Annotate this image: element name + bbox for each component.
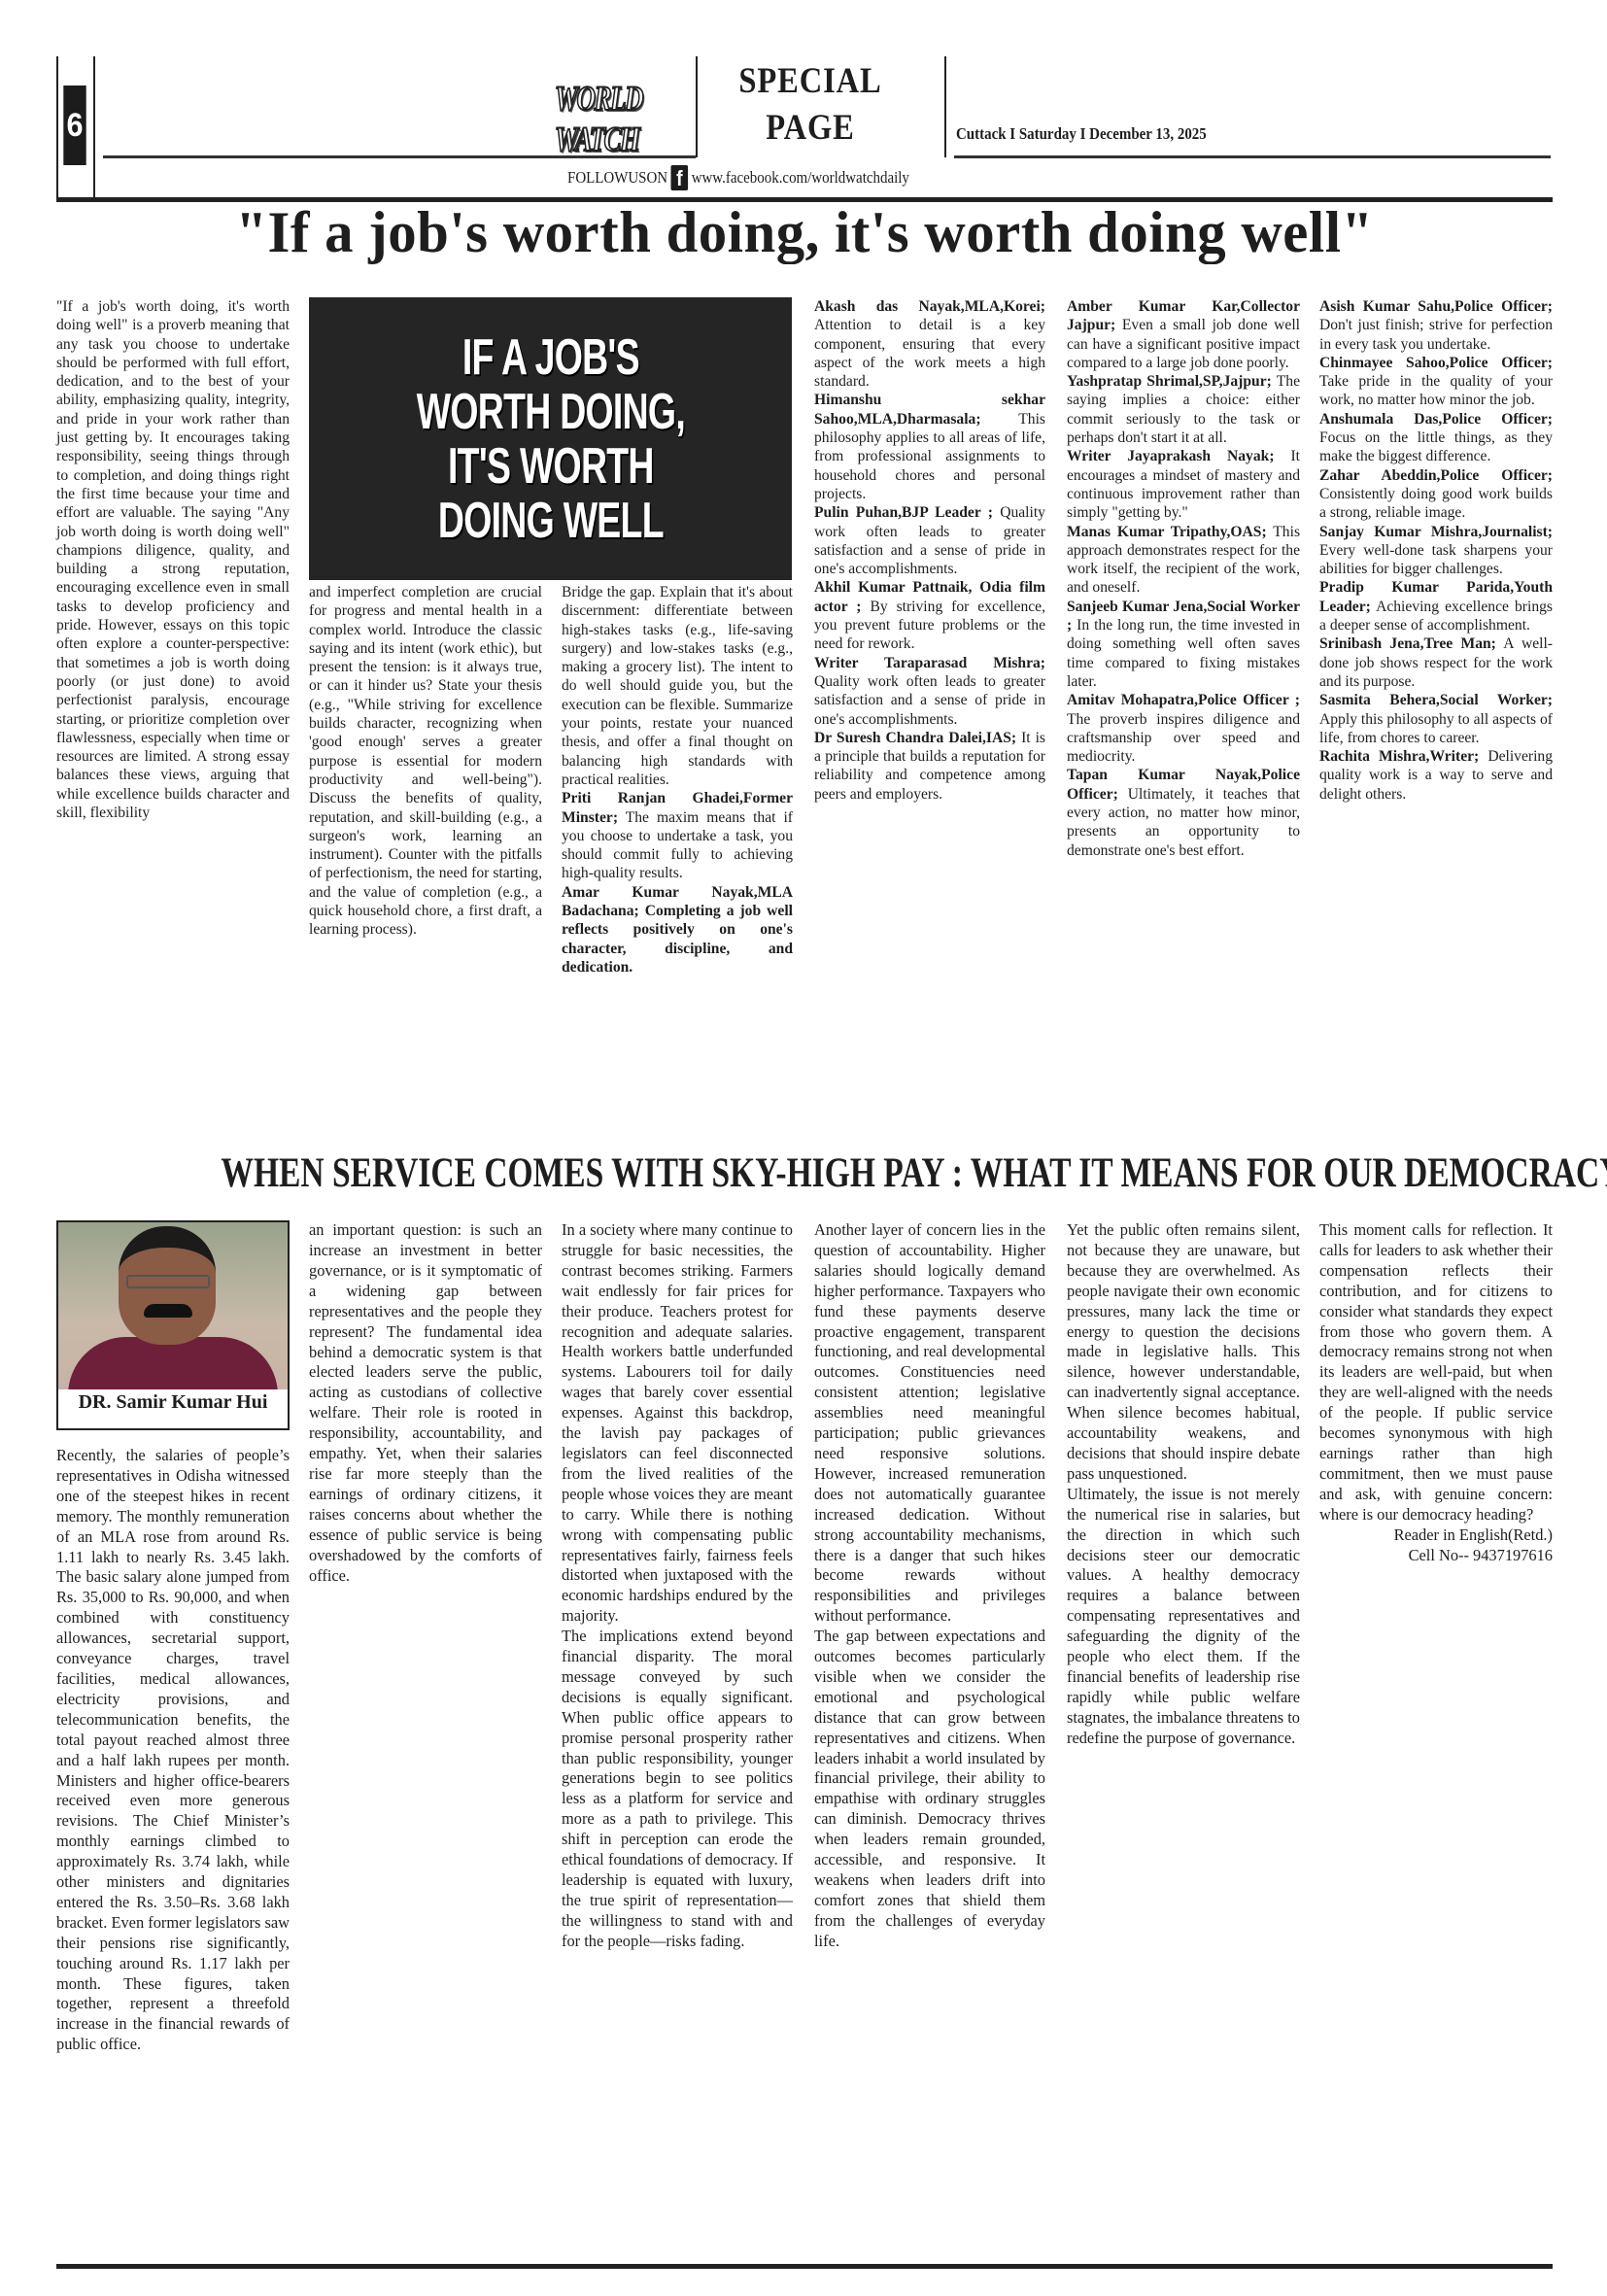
author-phone: Cell No-- 9437197616 bbox=[1319, 1546, 1553, 1566]
proverb-image-text: IF A JOB'S WORTH DOING, IT'S WORTH DOING… bbox=[416, 330, 684, 548]
top-article-column-3: Bridge the gap. Explain that it's about … bbox=[562, 583, 793, 977]
section-label-line1: SPECIAL bbox=[725, 58, 896, 105]
opinion-column-2: Recently, the salaries of people’s repre… bbox=[309, 1220, 542, 2262]
quote-item: Amber Kumar Kar,Collector Jajpur; Even a… bbox=[1067, 297, 1300, 372]
newspaper-logo: WORLD WATCH bbox=[555, 84, 686, 154]
opinion-paragraph: This moment calls for reflection. It cal… bbox=[1319, 1220, 1553, 1525]
section-divider bbox=[944, 56, 946, 157]
opinion-paragraph: Recently, the salaries of people’s repre… bbox=[56, 1446, 290, 2055]
quote-text: In the long run, the time invested in do… bbox=[1067, 617, 1300, 690]
dateline: Cuttack I Saturday I December 13, 2025 bbox=[956, 124, 1207, 144]
author-shirt bbox=[68, 1337, 278, 1389]
top-article-column-6: Asish Kumar Sahu,Police Officer; Don't j… bbox=[1319, 297, 1553, 804]
quote-item: Writer Jayaprakash Nayak; It encourages … bbox=[1067, 447, 1300, 522]
quote-item: Rachita Mishra,Writer; Delivering qualit… bbox=[1319, 747, 1553, 804]
quote-item: Asish Kumar Sahu,Police Officer; Don't j… bbox=[1319, 297, 1553, 354]
author-glasses bbox=[126, 1275, 210, 1288]
quote-author: Akash das Nayak,MLA,Korei; bbox=[814, 298, 1045, 315]
page-number: 6 bbox=[63, 86, 85, 165]
masthead-left-border bbox=[56, 56, 58, 200]
quote-author: Dr Suresh Chandra Dalei,IAS; bbox=[814, 730, 1016, 746]
opinion-column-1: Recently, the salaries of people’s repre… bbox=[56, 1446, 290, 2262]
facebook-link[interactable]: www.facebook.com/worldwatchdaily bbox=[692, 168, 909, 188]
quote-item: Yashpratap Shrimal,SP,Jajpur; The saying… bbox=[1067, 372, 1300, 447]
author-photo-box: DR. Samir Kumar Hui bbox=[56, 1220, 290, 1430]
opinion-column-4: Another layer of concern lies in the que… bbox=[814, 1220, 1045, 2262]
essay-conclusion: Bridge the gap. Explain that it's about … bbox=[562, 583, 793, 789]
quote-text: Take pride in the quality of your work, … bbox=[1319, 373, 1553, 408]
quote-item: Priti Ranjan Ghadei,Former Minster; The … bbox=[562, 789, 793, 882]
quote-text: Consistently doing good work builds a st… bbox=[1319, 486, 1553, 521]
follow-label: FOLLOWUSON bbox=[567, 168, 667, 188]
quote-author: Amitav Mohapatra,Police Officer ; bbox=[1067, 692, 1300, 708]
opinion-headline: WHEN SERVICE COMES WITH SKY-HIGH PAY : W… bbox=[221, 1149, 1387, 1197]
quote-text: Apply this philosophy to all aspects of … bbox=[1319, 711, 1553, 746]
dateline-underline bbox=[954, 155, 1551, 158]
opinion-paragraph: Ultimately, the issue is not merely the … bbox=[1067, 1485, 1300, 1749]
quote-item: Sanjeeb Kumar Jena,Social Worker ; In th… bbox=[1067, 598, 1300, 691]
opinion-paragraph: Yet the public often remains silent, not… bbox=[1067, 1220, 1300, 1485]
quote-text: Focus on the little things, as they make… bbox=[1319, 429, 1553, 464]
quote-item: Zahar Abeddin,Police Officer; Consistent… bbox=[1319, 466, 1553, 523]
quote-author: Sasmita Behera,Social Worker; bbox=[1319, 692, 1553, 708]
top-article-column-1: "If a job's worth doing, it's worth doin… bbox=[56, 297, 290, 822]
quote-item: Amar Kumar Nayak,MLA Badachana; Completi… bbox=[562, 883, 793, 977]
quote-text: Every well-done task sharpens your abili… bbox=[1319, 542, 1553, 577]
quote-item: Pulin Puhan,BJP Leader ; Quality work of… bbox=[814, 503, 1045, 578]
opinion-column-5: Yet the public often remains silent, not… bbox=[1067, 1220, 1300, 2262]
opinion-paragraph: The gap between expectations and outcome… bbox=[814, 1627, 1045, 1952]
quote-author: Srinibash Jena,Tree Man; bbox=[1319, 635, 1496, 652]
quote-author: Writer Taraparasad Mishra; bbox=[814, 655, 1045, 671]
logo-divider bbox=[696, 56, 698, 157]
quote-item: Tapan Kumar Nayak,Police Officer; Ultima… bbox=[1067, 766, 1300, 859]
quote-item: Himanshu sekhar Sahoo,MLA,Dharmasala; Th… bbox=[814, 391, 1045, 503]
quote-author: Rachita Mishra,Writer; bbox=[1319, 748, 1479, 765]
quote-item: Akhil Kumar Pattnaik, Odia film actor ; … bbox=[814, 578, 1045, 653]
quote-item: Chinmayee Sahoo,Police Officer; Take pri… bbox=[1319, 354, 1553, 410]
quote-text: Quality work often leads to greater sati… bbox=[814, 673, 1045, 728]
quote-author: Writer Jayaprakash Nayak; bbox=[1067, 448, 1275, 464]
quote-item: Srinibash Jena,Tree Man; A well-done job… bbox=[1319, 634, 1553, 691]
quote-author: Yashpratap Shrimal,SP,Jajpur; bbox=[1067, 373, 1272, 390]
top-article-column-2: and imperfect completion are crucial for… bbox=[309, 583, 542, 940]
author-designation: Reader in English(Retd.) bbox=[1319, 1525, 1553, 1546]
author-mustache bbox=[144, 1304, 192, 1318]
section-label-line2: PAGE bbox=[725, 105, 896, 152]
author-photo bbox=[58, 1222, 288, 1389]
quote-item: Dr Suresh Chandra Dalei,IAS; It is a pri… bbox=[814, 729, 1045, 804]
quote-author: Manas Kumar Tripathy,OAS; bbox=[1067, 524, 1267, 540]
quote-item: Pradip Kumar Parida,Youth Leader; Achiev… bbox=[1319, 578, 1553, 634]
opinion-paragraph: This extraordinary escalation invites an… bbox=[309, 1220, 542, 1586]
quote-item: Sasmita Behera,Social Worker; Apply this… bbox=[1319, 691, 1553, 747]
quote-author: Asish Kumar Sahu,Police Officer; bbox=[1319, 298, 1553, 315]
opinion-paragraph: In a society where many continue to stru… bbox=[562, 1220, 793, 1627]
quote-author: Pulin Puhan,BJP Leader ; bbox=[814, 504, 993, 521]
quote-text: Attention to detail is a key component, … bbox=[814, 317, 1045, 390]
author-name: DR. Samir Kumar Hui bbox=[58, 1391, 288, 1414]
page-bottom-rule bbox=[56, 2264, 1553, 2269]
facebook-icon: f bbox=[671, 165, 689, 190]
section-label: SPECIAL PAGE bbox=[725, 58, 896, 152]
quote-author: Amar Kumar Nayak,MLA Badachana; Completi… bbox=[562, 884, 793, 976]
quote-item: Writer Taraparasad Mishra; Quality work … bbox=[814, 654, 1045, 729]
intro-paragraph: "If a job's worth doing, it's worth doin… bbox=[56, 297, 290, 822]
quote-item: Amitav Mohapatra,Police Officer ; The pr… bbox=[1067, 691, 1300, 766]
opinion-paragraph: The implications extend beyond financial… bbox=[562, 1627, 793, 1952]
quote-text: The proverb inspires diligence and craft… bbox=[1067, 711, 1300, 766]
opinion-column-3: In a society where many continue to stru… bbox=[562, 1220, 793, 2262]
top-article-column-5: Amber Kumar Kar,Collector Jajpur; Even a… bbox=[1067, 297, 1300, 860]
follow-us-bar: FOLLOWUSON f www.facebook.com/worldwatch… bbox=[567, 165, 909, 190]
opinion-column-6: This moment calls for reflection. It cal… bbox=[1319, 1220, 1553, 2262]
main-headline: "If a job's worth doing, it's worth doin… bbox=[71, 199, 1537, 266]
quote-item: Sanjay Kumar Mishra,Journalist; Every we… bbox=[1319, 523, 1553, 579]
opinion-paragraph: Another layer of concern lies in the que… bbox=[814, 1220, 1045, 1627]
quote-author: Anshumala Das,Police Officer; bbox=[1319, 411, 1553, 428]
quote-item: Anshumala Das,Police Officer; Focus on t… bbox=[1319, 410, 1553, 466]
essay-paragraph: and imperfect completion are crucial for… bbox=[309, 583, 542, 940]
quote-item: Manas Kumar Tripathy,OAS; This approach … bbox=[1067, 523, 1300, 598]
page-number-divider bbox=[93, 56, 95, 200]
quote-text: Don't just finish; strive for perfection… bbox=[1319, 317, 1553, 352]
quote-author: Chinmayee Sahoo,Police Officer; bbox=[1319, 355, 1553, 371]
quote-author: Zahar Abeddin,Police Officer; bbox=[1319, 467, 1553, 484]
proverb-image: IF A JOB'S WORTH DOING, IT'S WORTH DOING… bbox=[309, 297, 792, 580]
quote-item: Akash das Nayak,MLA,Korei; Attention to … bbox=[814, 297, 1045, 391]
top-article-column-4: Akash das Nayak,MLA,Korei; Attention to … bbox=[814, 297, 1045, 804]
quote-author: Sanjay Kumar Mishra,Journalist; bbox=[1319, 524, 1553, 540]
